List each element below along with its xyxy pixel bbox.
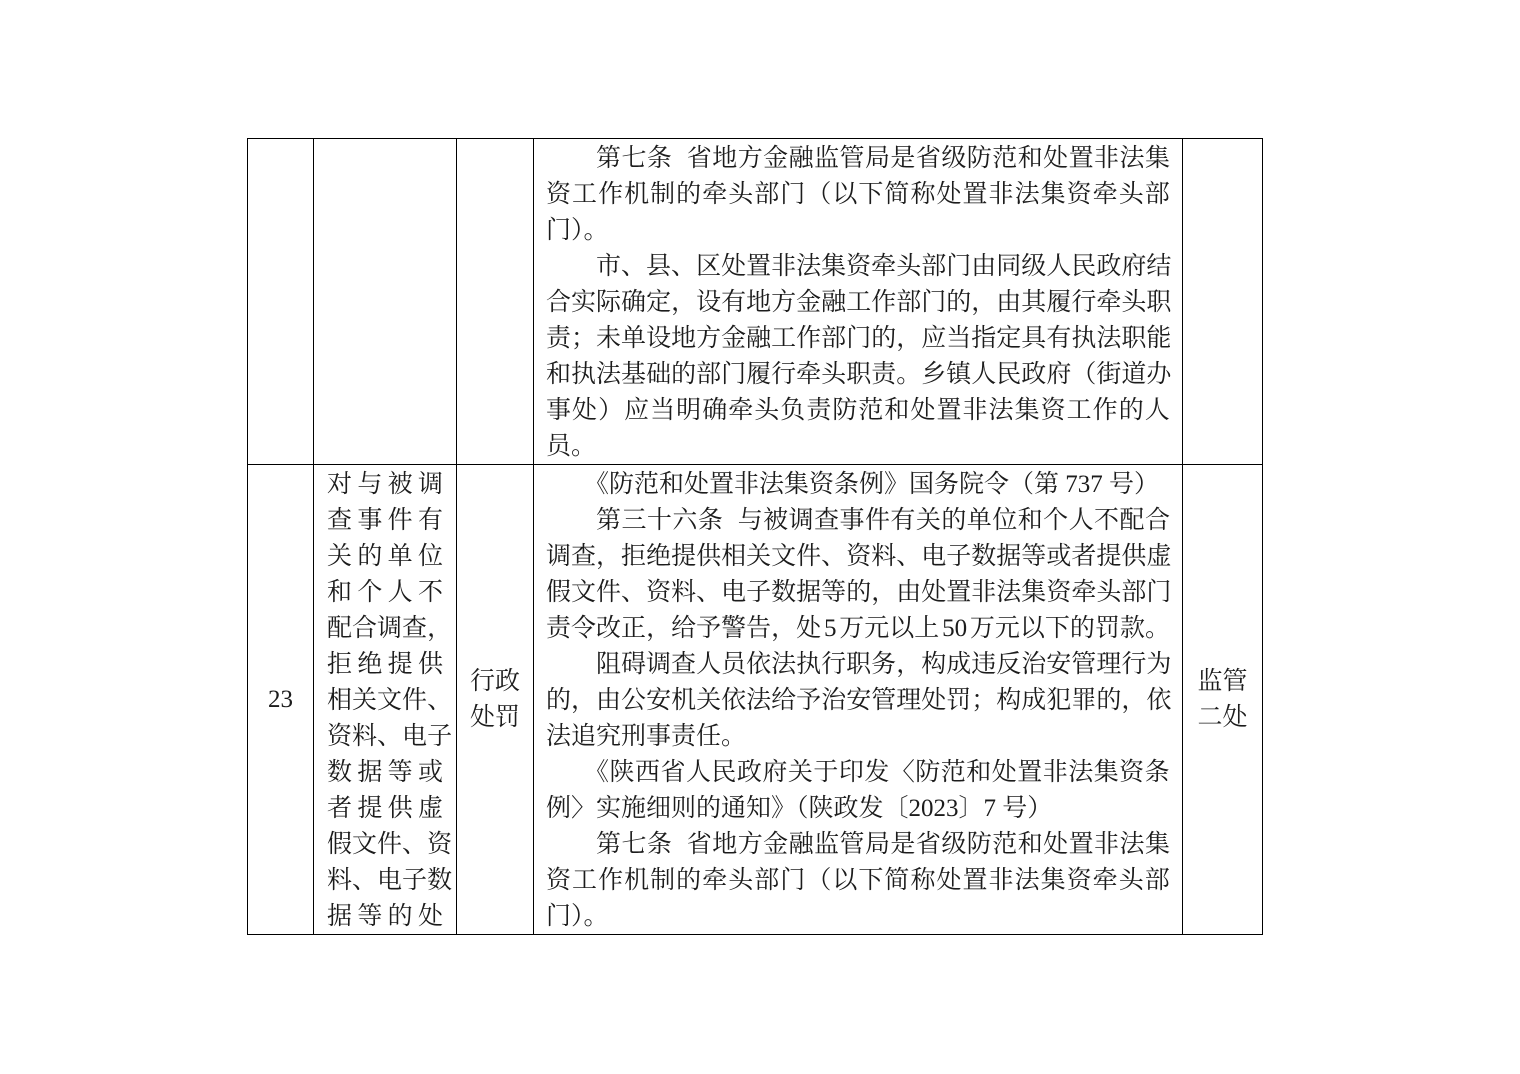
row-number: 23 <box>268 686 293 714</box>
text-line: 调查，拒绝提供相关文件、资料、电子数据等或者提供虚 <box>546 539 1170 575</box>
text-line: 阻碍调查人员依法执行职务，构成违反治安管理行为 <box>546 647 1170 683</box>
text-line: 和执法基础的部门履行牵头职责。乡镇人民政府（街道办 <box>546 357 1170 393</box>
text-line: 数据等或 <box>327 755 443 791</box>
row1-legal-basis-cell: 第七条省地方金融监管局是省级防范和处置非法集资工作机制的牵头部门（以下简称处置非… <box>534 139 1183 465</box>
text-line: 相关文件、 <box>327 683 443 719</box>
text-line: 门）。 <box>546 899 1170 934</box>
text-line: 合实际确定，设有地方金融工作部门的，由其履行牵头职 <box>546 285 1170 321</box>
row2-item-cell: 对与被调查事件有关的单位和个人不配合调查，拒绝提供相关文件、资料、电子数据等或者… <box>314 465 457 934</box>
text-line: 《防范和处置非法集资条例》国务院令（第 737 号） <box>546 467 1170 503</box>
text-line: 二处 <box>1183 700 1262 736</box>
text-line: 资料、电子 <box>327 719 443 755</box>
text-line: 责令改正，给予警告，处5万元以上50万元以下的罚款。 <box>546 611 1170 647</box>
regulation-table: 第七条省地方金融监管局是省级防范和处置非法集资工作机制的牵头部门（以下简称处置非… <box>247 138 1263 935</box>
row2-number-cell: 23 <box>248 465 314 934</box>
text-line: 第三十六条与被调查事件有关的单位和个人不配合 <box>546 503 1170 539</box>
text-line: 资工作机制的牵头部门（以下简称处置非法集资牵头部 <box>546 177 1170 213</box>
text-line: 市、县、区处置非法集资牵头部门由同级人民政府结 <box>546 249 1170 285</box>
row1-department-cell <box>1183 139 1262 465</box>
text-line: 事处）应当明确牵头负责防范和处置非法集资工作的人 <box>546 393 1170 429</box>
row1-category-cell <box>457 139 534 465</box>
text-line: 料、电子数 <box>327 863 443 899</box>
text-line: 关的单位 <box>327 539 443 575</box>
text-line: 拒绝提供 <box>327 647 443 683</box>
text-line: 据等的处 <box>327 899 443 934</box>
row1-item-cell <box>314 139 457 465</box>
text-line: 资工作机制的牵头部门（以下简称处置非法集资牵头部 <box>546 863 1170 899</box>
text-line: 和个人不 <box>327 575 443 611</box>
row1-number-cell <box>248 139 314 465</box>
text-line: 的，由公安机关依法给予治安管理处罚；构成犯罪的，依 <box>546 683 1170 719</box>
text-line: 假文件、资 <box>327 827 443 863</box>
row2-category-cell: 行政处罚 <box>457 465 534 934</box>
text-line: 行政 <box>457 664 533 700</box>
text-line: 监管 <box>1183 664 1262 700</box>
document-page: 第七条省地方金融监管局是省级防范和处置非法集资工作机制的牵头部门（以下简称处置非… <box>0 0 1520 1074</box>
text-line: 第七条省地方金融监管局是省级防范和处置非法集 <box>546 827 1170 863</box>
text-line: 《陕西省人民政府关于印发〈防范和处置非法集资条 <box>546 755 1170 791</box>
text-line: 法追究刑事责任。 <box>546 719 1170 755</box>
text-line: 者提供虚 <box>327 791 443 827</box>
text-line: 门）。 <box>546 213 1170 249</box>
text-line: 假文件、资料、电子数据等的，由处置非法集资牵头部门 <box>546 575 1170 611</box>
text-line: 对与被调 <box>327 467 443 503</box>
text-line: 处罚 <box>457 700 533 736</box>
text-line: 查事件有 <box>327 503 443 539</box>
row2-legal-basis-cell: 《防范和处置非法集资条例》国务院令（第 737 号）第三十六条与被调查事件有关的… <box>534 465 1183 934</box>
text-line: 第七条省地方金融监管局是省级防范和处置非法集 <box>546 141 1170 177</box>
text-line: 例〉实施细则的通知》（陕政发〔2023〕7 号） <box>546 791 1170 827</box>
text-line: 配合调查， <box>327 611 443 647</box>
text-line: 责；未单设地方金融工作部门的，应当指定具有执法职能 <box>546 321 1170 357</box>
row2-department-cell: 监管二处 <box>1183 465 1262 934</box>
text-line: 员。 <box>546 429 1170 465</box>
